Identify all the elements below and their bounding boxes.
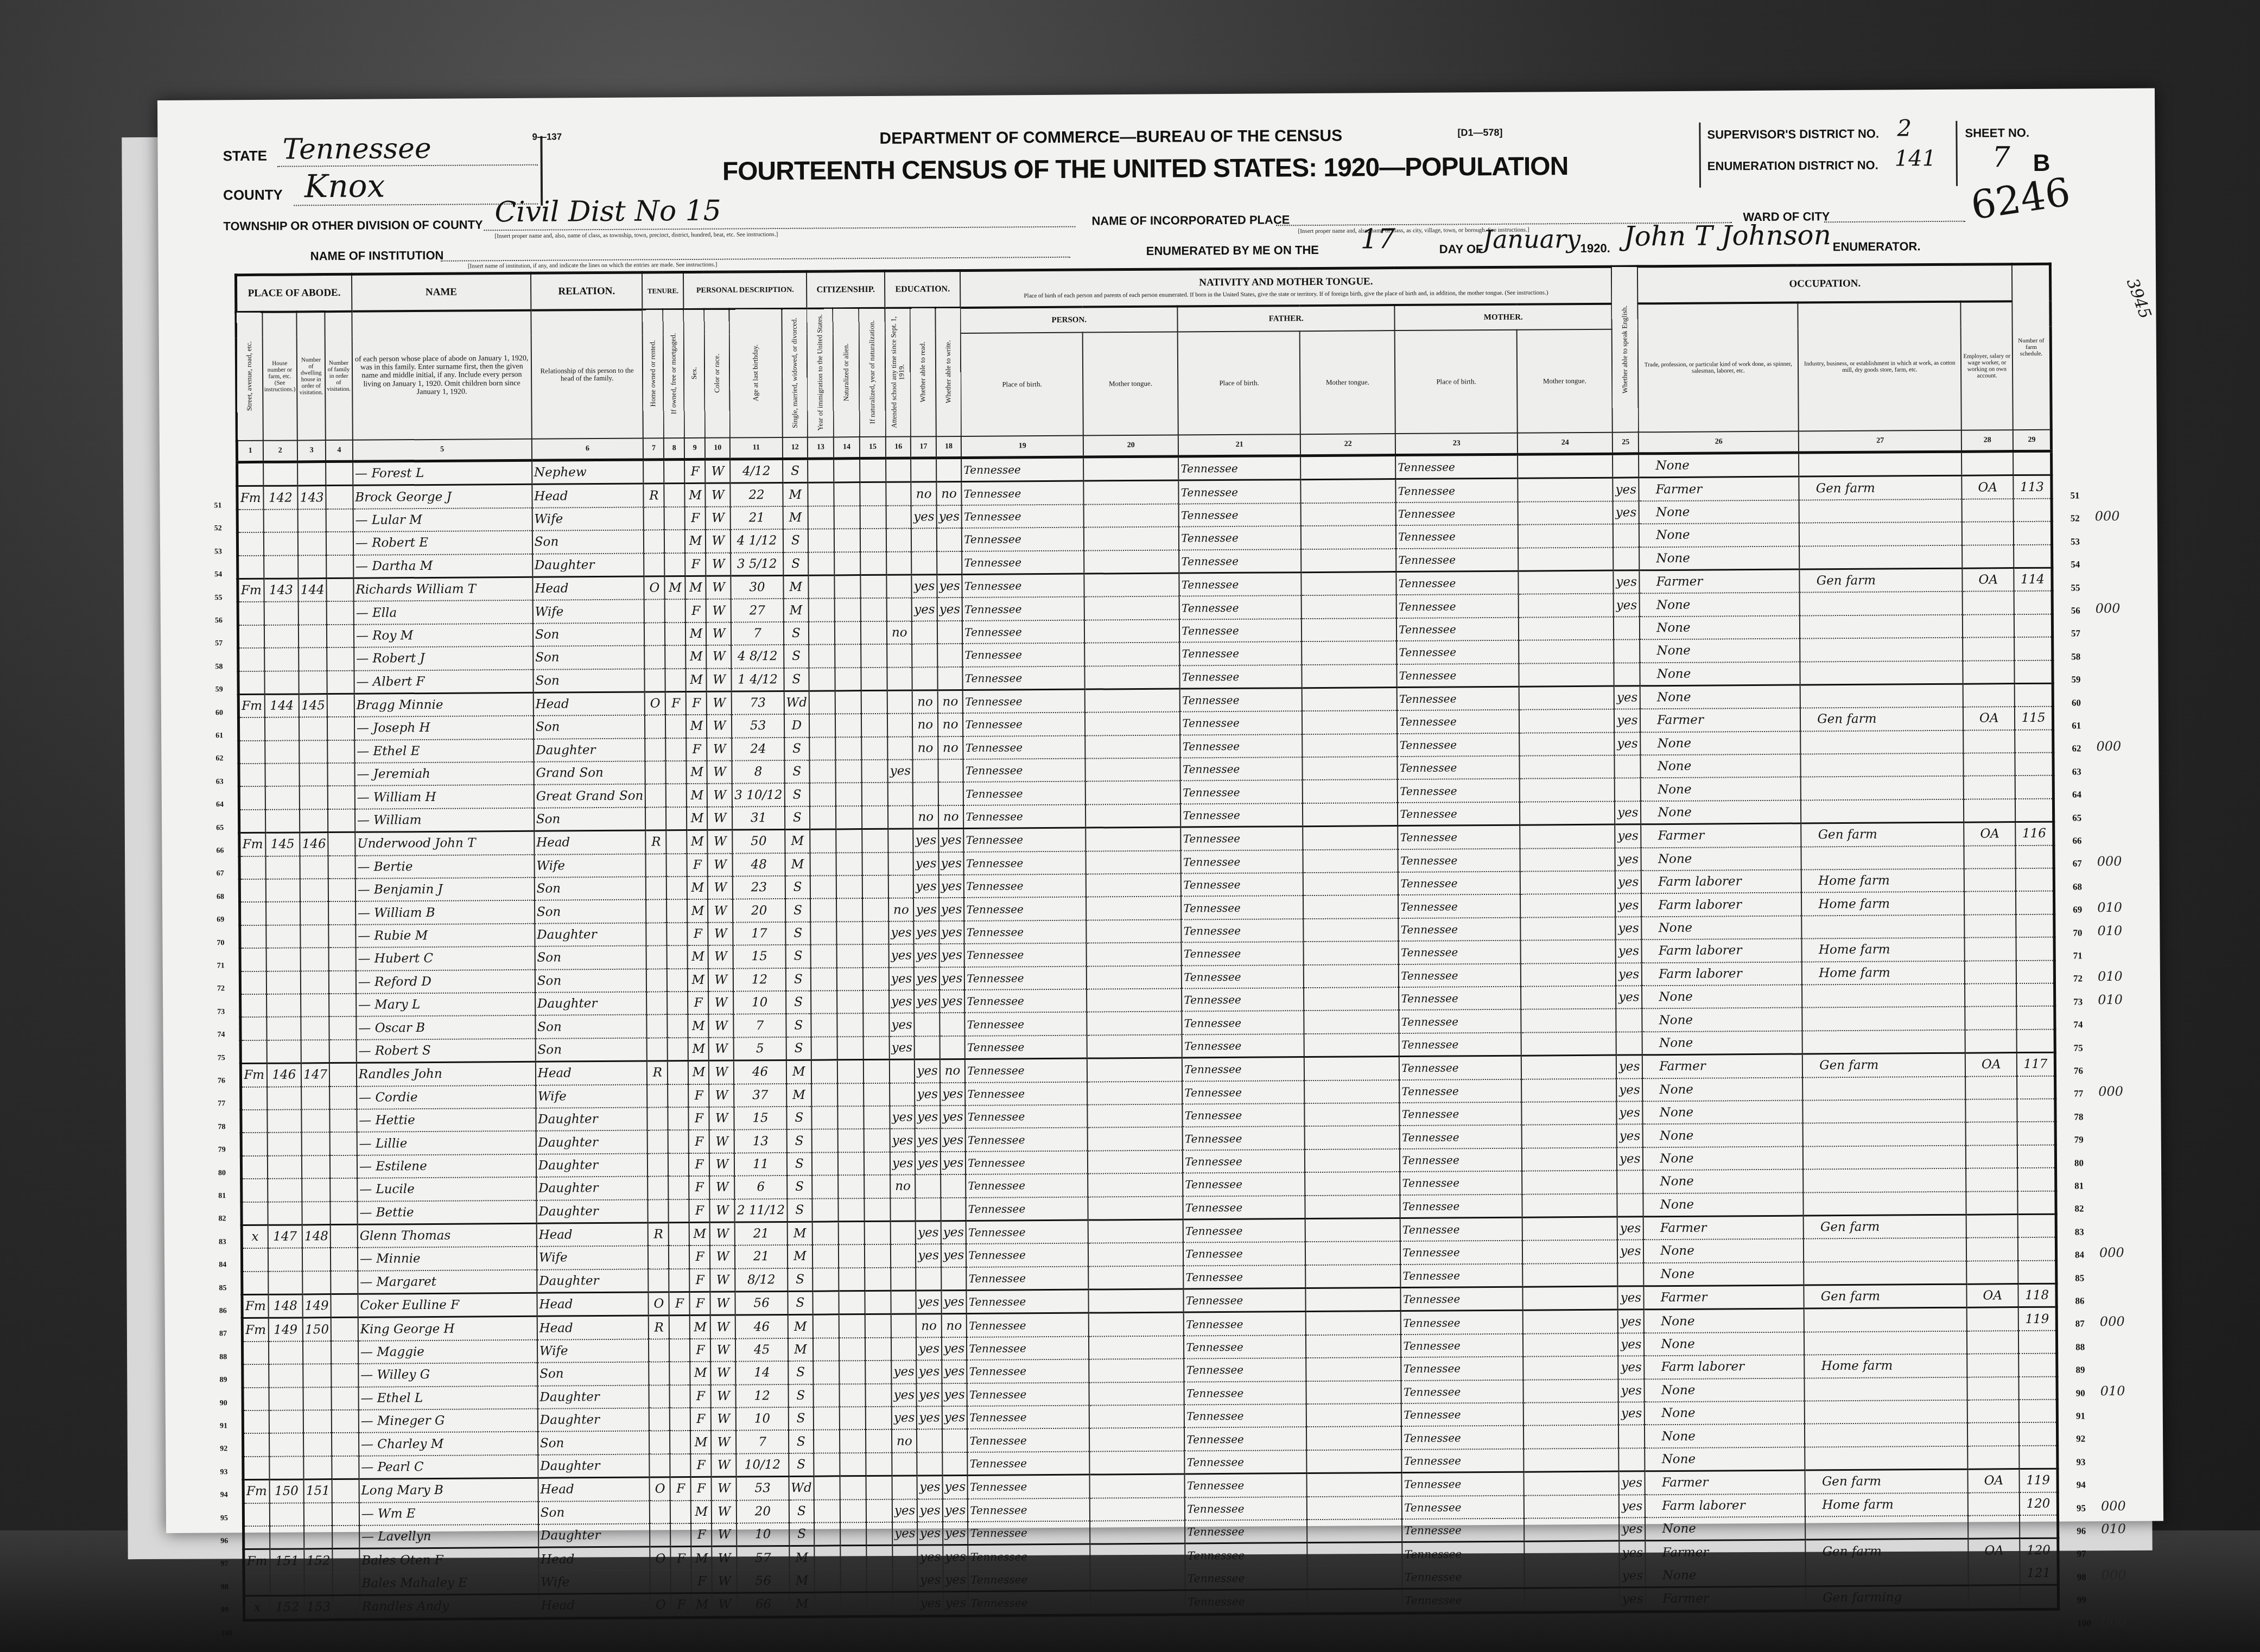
cell-relation: Son: [538, 1501, 650, 1524]
cell-farm: [2017, 1006, 2055, 1030]
cell-school: yes: [887, 760, 913, 783]
cell-write: yes: [943, 1592, 969, 1616]
cell-blank: [866, 1522, 892, 1546]
cell-school: [891, 1314, 917, 1337]
cell-farm: [2019, 1400, 2057, 1423]
cell-trade: None: [1642, 916, 1802, 939]
cell-dwelling: [301, 1016, 329, 1040]
cell-race: W: [708, 922, 733, 945]
cell-home: [646, 876, 666, 900]
cell-sex: M: [690, 1316, 710, 1339]
cell-trade: Farmer: [1639, 476, 1799, 501]
cell-write: [942, 1429, 968, 1452]
cell-farm: 114: [2014, 568, 2052, 591]
cell-blank: [1518, 454, 1613, 478]
cell-family: [330, 1155, 357, 1179]
cell-home: [649, 1431, 670, 1454]
enumerated-label: ENUMERATED BY ME ON THE: [1146, 243, 1319, 258]
cell-write: [937, 621, 963, 644]
cell-marital: M: [788, 1245, 813, 1268]
cell-dwelling: [302, 1132, 330, 1155]
coding-mark: 010: [2098, 969, 2123, 984]
cell-employer: OA: [1962, 475, 2014, 499]
line-number-left: 64: [216, 800, 224, 809]
cell-school: [892, 1452, 917, 1476]
cell-marital: D: [784, 714, 810, 738]
cell-street: [240, 925, 266, 949]
cell-relation: Wife: [537, 1246, 649, 1270]
cell-home: [648, 1246, 669, 1269]
cell-employer: OA: [1967, 1284, 2018, 1308]
cell-blank: [1090, 1543, 1185, 1567]
cell-industry: Gen farm: [1802, 1053, 1965, 1077]
cell-age: 17: [733, 922, 785, 945]
cell-home: [647, 1130, 668, 1154]
father-tongue-header: Mother tongue.: [1300, 331, 1395, 434]
cell-school: [886, 458, 911, 482]
cell-farm: [2014, 591, 2052, 614]
cell-pob: Tennessee: [961, 457, 1083, 482]
line-number-left: 62: [215, 755, 223, 764]
cell-industry: Home farm: [1802, 961, 1965, 984]
cell-marital: M: [783, 599, 809, 622]
cell-blank: [1302, 618, 1396, 641]
cell-family: [327, 578, 354, 601]
cell-farm: 115: [2015, 707, 2053, 730]
cell-employer: OA: [1963, 568, 2014, 592]
cell-trade: None: [1643, 1170, 1803, 1193]
line-number: 60: [2072, 697, 2081, 708]
cell-mpob: Tennessee: [1397, 710, 1519, 734]
line-number-left: 89: [219, 1376, 227, 1384]
cell-blank: [836, 806, 862, 829]
cell-dwelling: [298, 509, 326, 532]
cell-english: yes: [1616, 963, 1642, 986]
cell-blank: [1519, 709, 1614, 733]
cell-marital: Wd: [789, 1476, 814, 1499]
cell-blank: [1305, 1265, 1400, 1288]
cell-home: R: [649, 1316, 669, 1339]
line-number: 77: [2074, 1089, 2083, 1100]
cell-pob: Tennessee: [964, 874, 1086, 898]
cell-age: 57: [737, 1546, 789, 1570]
cell-sex: M: [691, 1593, 712, 1617]
cell-family: [331, 1201, 358, 1224]
cell-blank: [1306, 1357, 1401, 1381]
cell-english: yes: [1614, 594, 1640, 617]
cell-farm: 120: [2020, 1539, 2058, 1562]
cell-sex: F: [685, 552, 706, 576]
cell-sex: M: [687, 784, 707, 807]
cell-dwelling: [301, 971, 329, 994]
cell-school: [890, 1059, 915, 1083]
cell-mpob: Tennessee: [1399, 1056, 1521, 1079]
cell-read: no: [913, 736, 938, 760]
cell-blank: [810, 783, 836, 806]
cell-age: 5: [734, 1037, 786, 1060]
cell-school: yes: [892, 1522, 918, 1545]
cell-read: yes: [917, 1499, 943, 1522]
cell-blank: [811, 1106, 837, 1129]
cell-age: 23: [733, 876, 785, 899]
line-number-left: 74: [217, 1031, 225, 1039]
cell-english: yes: [1615, 894, 1641, 917]
cell-blank: [1522, 1240, 1617, 1263]
cell-mpob: Tennessee: [1399, 1032, 1521, 1056]
cell-house: [268, 1271, 303, 1294]
cell-name: — Ethel L: [358, 1386, 537, 1409]
cell-mpob: Tennessee: [1402, 1495, 1524, 1519]
cell-employer: [1966, 1237, 2018, 1261]
cell-blank: [866, 1383, 892, 1407]
cell-blank: [1303, 872, 1398, 895]
cell-home: [646, 854, 666, 877]
col-10-header: Color or race.: [704, 309, 730, 438]
cell-read: [916, 1174, 941, 1198]
cell-mpob: Tennessee: [1402, 1472, 1524, 1496]
cell-employer: OA: [1964, 822, 2015, 846]
cell-write: yes: [942, 1476, 968, 1499]
cell-blank: [1087, 988, 1182, 1012]
cell-house: 148: [268, 1294, 303, 1318]
cell-owned: [667, 992, 688, 1015]
cell-blank: [1085, 735, 1180, 758]
cell-street: x: [244, 1596, 270, 1620]
cell-blank: [864, 1198, 890, 1221]
cell-marital: S: [788, 1361, 814, 1384]
cell-write: yes: [938, 852, 964, 875]
cell-marital: S: [789, 1499, 814, 1523]
cell-name: — Robert S: [356, 1039, 535, 1063]
cell-blank: [814, 1499, 840, 1523]
cell-employer: [1964, 846, 2016, 869]
cell-blank: [1519, 732, 1614, 755]
cell-house: [269, 1433, 304, 1457]
cell-english: yes: [1613, 501, 1639, 524]
cell-blank: [813, 1338, 839, 1361]
line-number: 99: [2077, 1595, 2086, 1606]
cell-industry: [1801, 753, 1964, 777]
cell-blank: [808, 529, 834, 552]
cell-house: 147: [268, 1225, 302, 1248]
cell-industry: [1804, 1261, 1966, 1285]
cell-fpob: Tennessee: [1179, 526, 1301, 550]
cell-dwelling: [302, 1155, 330, 1179]
cell-family: [326, 532, 353, 555]
cell-pob: Tennessee: [963, 713, 1085, 736]
cell-write: yes: [938, 829, 964, 852]
cell-sex: F: [684, 459, 705, 484]
state-county-bracket: [540, 136, 543, 206]
cell-trade: None: [1643, 1100, 1803, 1124]
cell-owned: [668, 1061, 688, 1084]
cell-farm: [2018, 1260, 2056, 1284]
cell-trade: None: [1640, 685, 1800, 709]
cell-school: yes: [890, 1129, 916, 1152]
cell-mpob: Tennessee: [1399, 941, 1521, 964]
line-number-left: 65: [216, 824, 224, 833]
line-number: 93: [2076, 1457, 2085, 1467]
cell-blank: [1087, 1012, 1182, 1035]
cell-industry: Gen farm: [1805, 1469, 1968, 1494]
cell-home: [650, 1501, 670, 1524]
cell-blank: [1522, 1147, 1617, 1171]
cell-name: Glenn Thomas: [357, 1223, 536, 1248]
cell-blank: [812, 1198, 838, 1222]
cell-sex: M: [685, 484, 706, 507]
cell-industry: Home farm: [1805, 1492, 1968, 1516]
cell-name: — Charley M: [359, 1432, 538, 1456]
cell-blank: [865, 1314, 891, 1338]
cell-street: [242, 1202, 268, 1225]
cell-sex: F: [687, 853, 708, 876]
cell-mpob: Tennessee: [1400, 1263, 1522, 1287]
cell-name: — Robert E: [353, 531, 532, 555]
line-number-left: 71: [217, 962, 225, 970]
cell-school: [890, 1198, 916, 1221]
cell-write: [937, 528, 962, 551]
cell-street: Fm: [244, 1549, 270, 1573]
cell-read: yes: [914, 921, 939, 944]
cell-fpob: Tennessee: [1185, 1450, 1307, 1474]
cell-dwelling: [304, 1503, 332, 1526]
cell-race: W: [712, 1570, 737, 1593]
cell-employer: OA: [1968, 1469, 2020, 1492]
cell-blank: [865, 1291, 891, 1314]
cell-blank: [860, 575, 886, 598]
cell-age: 12: [736, 1384, 788, 1408]
cell-employer: OA: [1963, 707, 2015, 730]
cell-fpob: Tennessee: [1183, 1126, 1305, 1150]
cell-sex: F: [685, 507, 706, 530]
cell-owned: [667, 945, 688, 969]
cell-blank: [1306, 1381, 1401, 1404]
cell-family: [329, 970, 356, 994]
cell-mpob: Tennessee: [1402, 1588, 1525, 1613]
cell-mpob: Tennessee: [1400, 1241, 1522, 1265]
cell-employer: [1967, 1307, 2018, 1331]
cell-home: [644, 553, 665, 576]
cell-sex: F: [689, 1084, 709, 1107]
cell-blank: [862, 806, 888, 829]
cell-marital: S: [787, 1152, 812, 1176]
cell-read: yes: [918, 1592, 943, 1616]
cell-blank: [1303, 780, 1398, 803]
cell-fpob: Tennessee: [1184, 1312, 1306, 1336]
cell-dwelling: [299, 740, 327, 764]
cell-owned: [669, 1269, 690, 1292]
line-number-left: 75: [218, 1054, 225, 1063]
cell-race: W: [707, 715, 732, 738]
cell-school: yes: [892, 1499, 918, 1522]
cell-relation: Son: [537, 1362, 649, 1386]
cell-mpob: Tennessee: [1398, 848, 1520, 872]
cell-english: yes: [1616, 1055, 1642, 1078]
cell-marital: M: [787, 1222, 812, 1245]
cell-trade: None: [1643, 1146, 1803, 1170]
cell-pob: Tennessee: [964, 920, 1087, 944]
cell-marital: S: [788, 1268, 813, 1291]
cell-sex: F: [689, 1107, 709, 1130]
cell-blank: [866, 1476, 892, 1499]
cell-mpob: Tennessee: [1401, 1380, 1523, 1403]
cell-write: yes: [942, 1360, 967, 1383]
cell-blank: [1524, 1518, 1619, 1542]
cell-school: [887, 667, 912, 690]
coding-mark: 000: [2098, 1084, 2123, 1099]
cell-owned: [665, 669, 686, 692]
cell-house: [266, 925, 301, 948]
cell-mpob: Tennessee: [1396, 525, 1518, 549]
cell-family: [327, 740, 354, 763]
cell-age: 7: [736, 1430, 788, 1453]
cell-name: — Lucile: [357, 1177, 536, 1201]
cell-industry: [1803, 1168, 1966, 1192]
cell-read: yes: [917, 1383, 942, 1407]
cell-house: 146: [266, 1063, 301, 1086]
cell-sex: M: [688, 945, 708, 969]
cell-relation: Daughter: [535, 992, 647, 1016]
cell-write: yes: [942, 1383, 967, 1407]
cell-blank: [1305, 1195, 1400, 1219]
cell-blank: [1089, 1359, 1184, 1382]
cell-house: [263, 532, 298, 556]
cell-blank: [813, 1314, 839, 1338]
section-relation: RELATION.: [531, 272, 643, 310]
cell-pob: Tennessee: [968, 1498, 1090, 1522]
cell-blank: [1305, 1149, 1400, 1172]
cell-blank: [1089, 1405, 1184, 1428]
section-education: EDUCATION.: [885, 270, 961, 308]
line-number: 75: [2074, 1043, 2083, 1053]
cell-employer: [1964, 753, 2015, 776]
cell-fpob: Tennessee: [1182, 965, 1304, 989]
cell-blank: [837, 990, 863, 1014]
column-number: 18: [936, 436, 962, 458]
cell-employer: [1965, 983, 2016, 1007]
cell-read: [915, 1013, 940, 1037]
cell-blank: [1089, 1382, 1184, 1405]
cell-blank: [1521, 1055, 1616, 1079]
cell-owned: [669, 1176, 689, 1199]
cell-industry: [1804, 1308, 1967, 1332]
cell-blank: [810, 829, 836, 853]
cell-name: — Ella: [353, 600, 532, 624]
cell-name: Richards William T: [353, 577, 532, 601]
cell-dwelling: [301, 948, 329, 971]
cell-age: 10: [733, 991, 785, 1014]
cell-house: [267, 1086, 302, 1110]
cell-blank: [814, 1546, 840, 1569]
cell-employer: [1964, 799, 2015, 822]
cell-name: — Roy M: [354, 624, 533, 647]
cell-employer: [1969, 1562, 2020, 1585]
cell-marital: S: [788, 1407, 814, 1431]
cell-home: [649, 1362, 670, 1386]
cell-employer: [1966, 1261, 2018, 1284]
cell-blank: [1522, 1124, 1617, 1148]
cell-pob: Tennessee: [966, 1266, 1088, 1290]
cell-age: 13: [734, 1129, 786, 1153]
nativity-title: NATIVITY AND MOTHER TONGUE.: [962, 275, 1610, 290]
cell-blank: [1524, 1448, 1619, 1472]
cell-blank: [1519, 640, 1614, 663]
cell-relation: Son: [533, 669, 645, 692]
cell-farm: [2014, 544, 2052, 568]
cell-name: — Minnie: [358, 1247, 537, 1270]
cell-employer: [1962, 499, 2014, 522]
cell-mpob: Tennessee: [1401, 1357, 1523, 1381]
cell-name: Underwood John T: [355, 831, 534, 856]
cell-blank: [810, 899, 836, 922]
cell-mpob: Tennessee: [1400, 1125, 1522, 1149]
cell-name: — Robert J: [354, 646, 533, 670]
cell-street: [238, 602, 264, 625]
cell-street: [239, 786, 265, 810]
cell-race: W: [712, 1500, 737, 1523]
cell-relation: Son: [535, 1015, 647, 1039]
cell-farm: [2015, 683, 2053, 707]
column-number: 22: [1300, 434, 1395, 456]
cell-write: [937, 551, 962, 575]
cell-owned: [670, 1501, 691, 1524]
cell-house: [263, 509, 298, 532]
cell-industry: [1799, 522, 1962, 546]
cell-industry: Gen farm: [1804, 1284, 1967, 1308]
cell-blank: [1087, 1058, 1182, 1082]
cell-school: [888, 852, 914, 875]
cell-marital: S: [789, 1430, 814, 1453]
margin-number: 3945: [2123, 276, 2155, 321]
cell-blank: [865, 1267, 891, 1291]
cell-blank: [861, 690, 887, 714]
cell-industry: [1802, 984, 1965, 1008]
cell-write: yes: [943, 1499, 968, 1522]
cell-blank: [862, 783, 888, 806]
cell-marital: M: [783, 483, 808, 506]
cell-write: yes: [940, 1128, 966, 1152]
cell-mpob: Tennessee: [1402, 1518, 1524, 1542]
cell-blank: [808, 482, 834, 506]
line-number-left: 80: [218, 1169, 226, 1178]
cell-relation: Head: [538, 1477, 650, 1501]
cell-mpob: Tennessee: [1402, 1542, 1525, 1566]
cell-write: yes: [939, 944, 964, 967]
cell-race: W: [710, 1338, 735, 1362]
cell-english: yes: [1617, 1217, 1643, 1240]
cell-blank: [1300, 455, 1395, 480]
cell-write: [941, 1267, 967, 1291]
cell-family: [331, 1270, 358, 1294]
cell-english: [1614, 617, 1640, 640]
cell-age: 6: [735, 1176, 787, 1199]
cell-house: [268, 1341, 303, 1364]
cell-race: W: [707, 738, 732, 761]
cell-english: [1616, 1032, 1642, 1055]
cell-blank: [835, 644, 861, 668]
cell-dwelling: [302, 1109, 330, 1133]
line-number-left: 56: [215, 617, 223, 625]
cell-english: yes: [1614, 709, 1640, 733]
cell-name: — Oscar B: [356, 1015, 535, 1039]
cell-farm: [2015, 753, 2053, 776]
cell-industry: Gen farm: [1801, 822, 1964, 847]
cell-school: [890, 1083, 915, 1106]
cell-employer: [1966, 1168, 2017, 1191]
cell-read: yes: [916, 1337, 942, 1361]
cell-farm: 119: [2018, 1307, 2056, 1331]
line-number: 88: [2075, 1342, 2085, 1352]
